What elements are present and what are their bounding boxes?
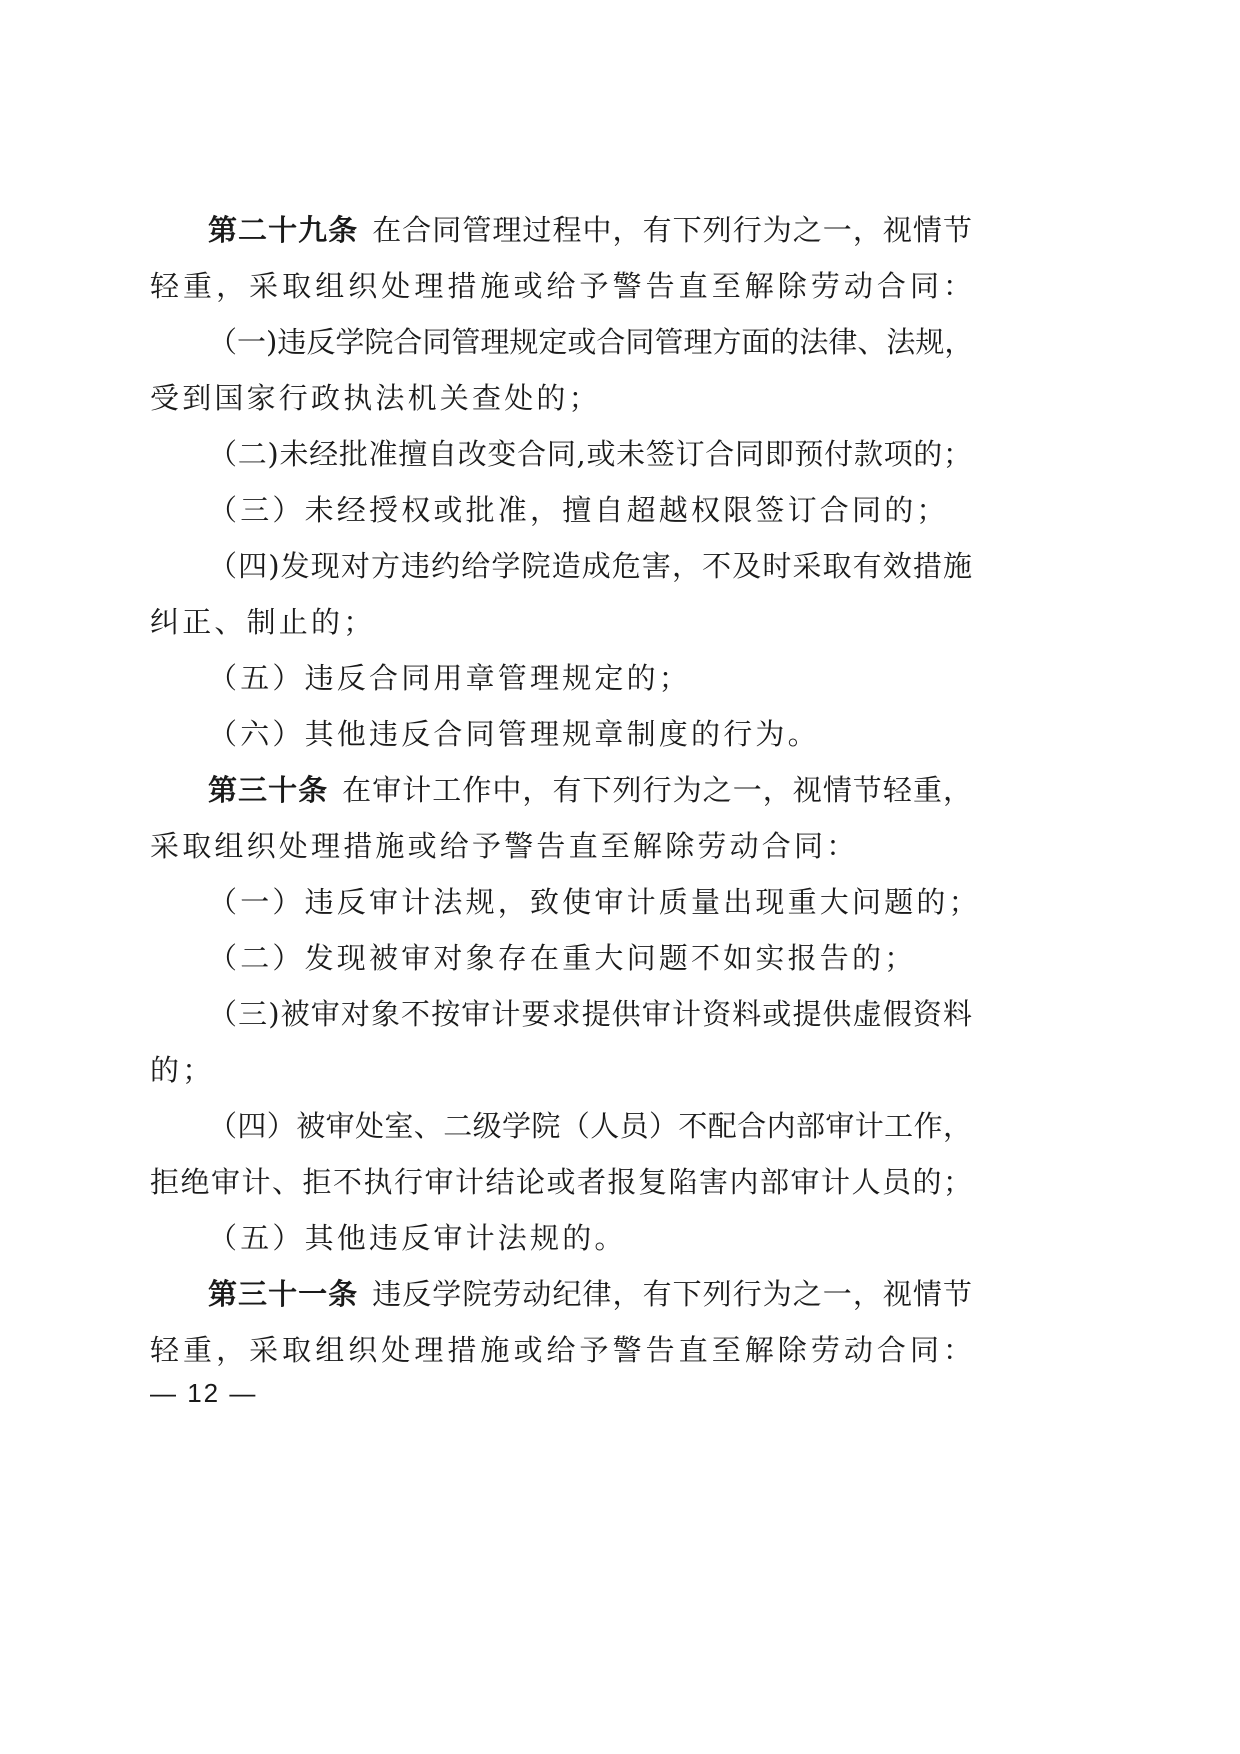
article-29-item-1-line-1: （一)违反学院合同管理规定或合同管理方面的法律、法规，	[208, 322, 972, 362]
article-30-item-4-line-1: （四）被审处室、二级学院（人员）不配合内部审计工作，	[208, 1106, 972, 1146]
article-29-item-5: （五）违反合同用章管理规定的；	[208, 658, 972, 698]
article-29-item-3: （三）未经授权或批准，擅自超越权限签订合同的；	[208, 490, 972, 530]
article-30-item-4-line-2: 拒绝审计、拒不执行审计结论或者报复陷害内部审计人员的；	[150, 1162, 972, 1202]
article-30-item-3-line-2: 的；	[150, 1050, 972, 1090]
article-29-intro-text: 在合同管理过程中，有下列行为之一，视情节	[372, 213, 972, 247]
article-31-intro-line-1: 第三十一条违反学院劳动纪律，有下列行为之一，视情节	[208, 1274, 972, 1314]
article-30-heading: 第三十条	[208, 773, 328, 807]
article-29-item-6: （六）其他违反合同管理规章制度的行为。	[208, 714, 972, 754]
article-29-item-4-line-1: （四)发现对方违约给学院造成危害，不及时采取有效措施	[208, 546, 972, 586]
article-29-intro-line-2: 轻重，采取组织处理措施或给予警告直至解除劳动合同：	[150, 266, 972, 306]
article-31-intro-text: 违反学院劳动纪律，有下列行为之一，视情节	[372, 1277, 972, 1311]
article-30-item-5: （五）其他违反审计法规的。	[208, 1218, 972, 1258]
article-30-intro-line-1: 第三十条在审计工作中，有下列行为之一，视情节轻重，	[208, 770, 972, 810]
article-31-heading: 第三十一条	[208, 1277, 358, 1311]
article-30-item-3-line-1: （三)被审对象不按审计要求提供审计资料或提供虚假资料	[208, 994, 972, 1034]
article-30-item-1: （一）违反审计法规，致使审计质量出现重大问题的；	[208, 882, 972, 922]
document-page: 第二十九条在合同管理过程中，有下列行为之一，视情节 轻重，采取组织处理措施或给予…	[0, 0, 1240, 1754]
article-31-intro-line-2: 轻重，采取组织处理措施或给予警告直至解除劳动合同：	[150, 1330, 972, 1370]
article-30-intro-line-2: 采取组织处理措施或给予警告直至解除劳动合同：	[150, 826, 972, 866]
article-29-item-4-line-2: 纠正、制止的；	[150, 602, 972, 642]
article-29-heading: 第二十九条	[208, 213, 358, 247]
article-30-intro-text: 在审计工作中，有下列行为之一，视情节轻重，	[342, 773, 972, 807]
article-29-item-2: （二)未经批准擅自改变合同,或未签订合同即预付款项的；	[208, 434, 972, 474]
article-29-item-1-line-2: 受到国家行政执法机关查处的；	[150, 378, 972, 418]
article-30-item-2: （二）发现被审对象存在重大问题不如实报告的；	[208, 938, 972, 978]
page-number: — 12 —	[150, 1378, 257, 1409]
article-29-intro-line-1: 第二十九条在合同管理过程中，有下列行为之一，视情节	[208, 210, 972, 250]
